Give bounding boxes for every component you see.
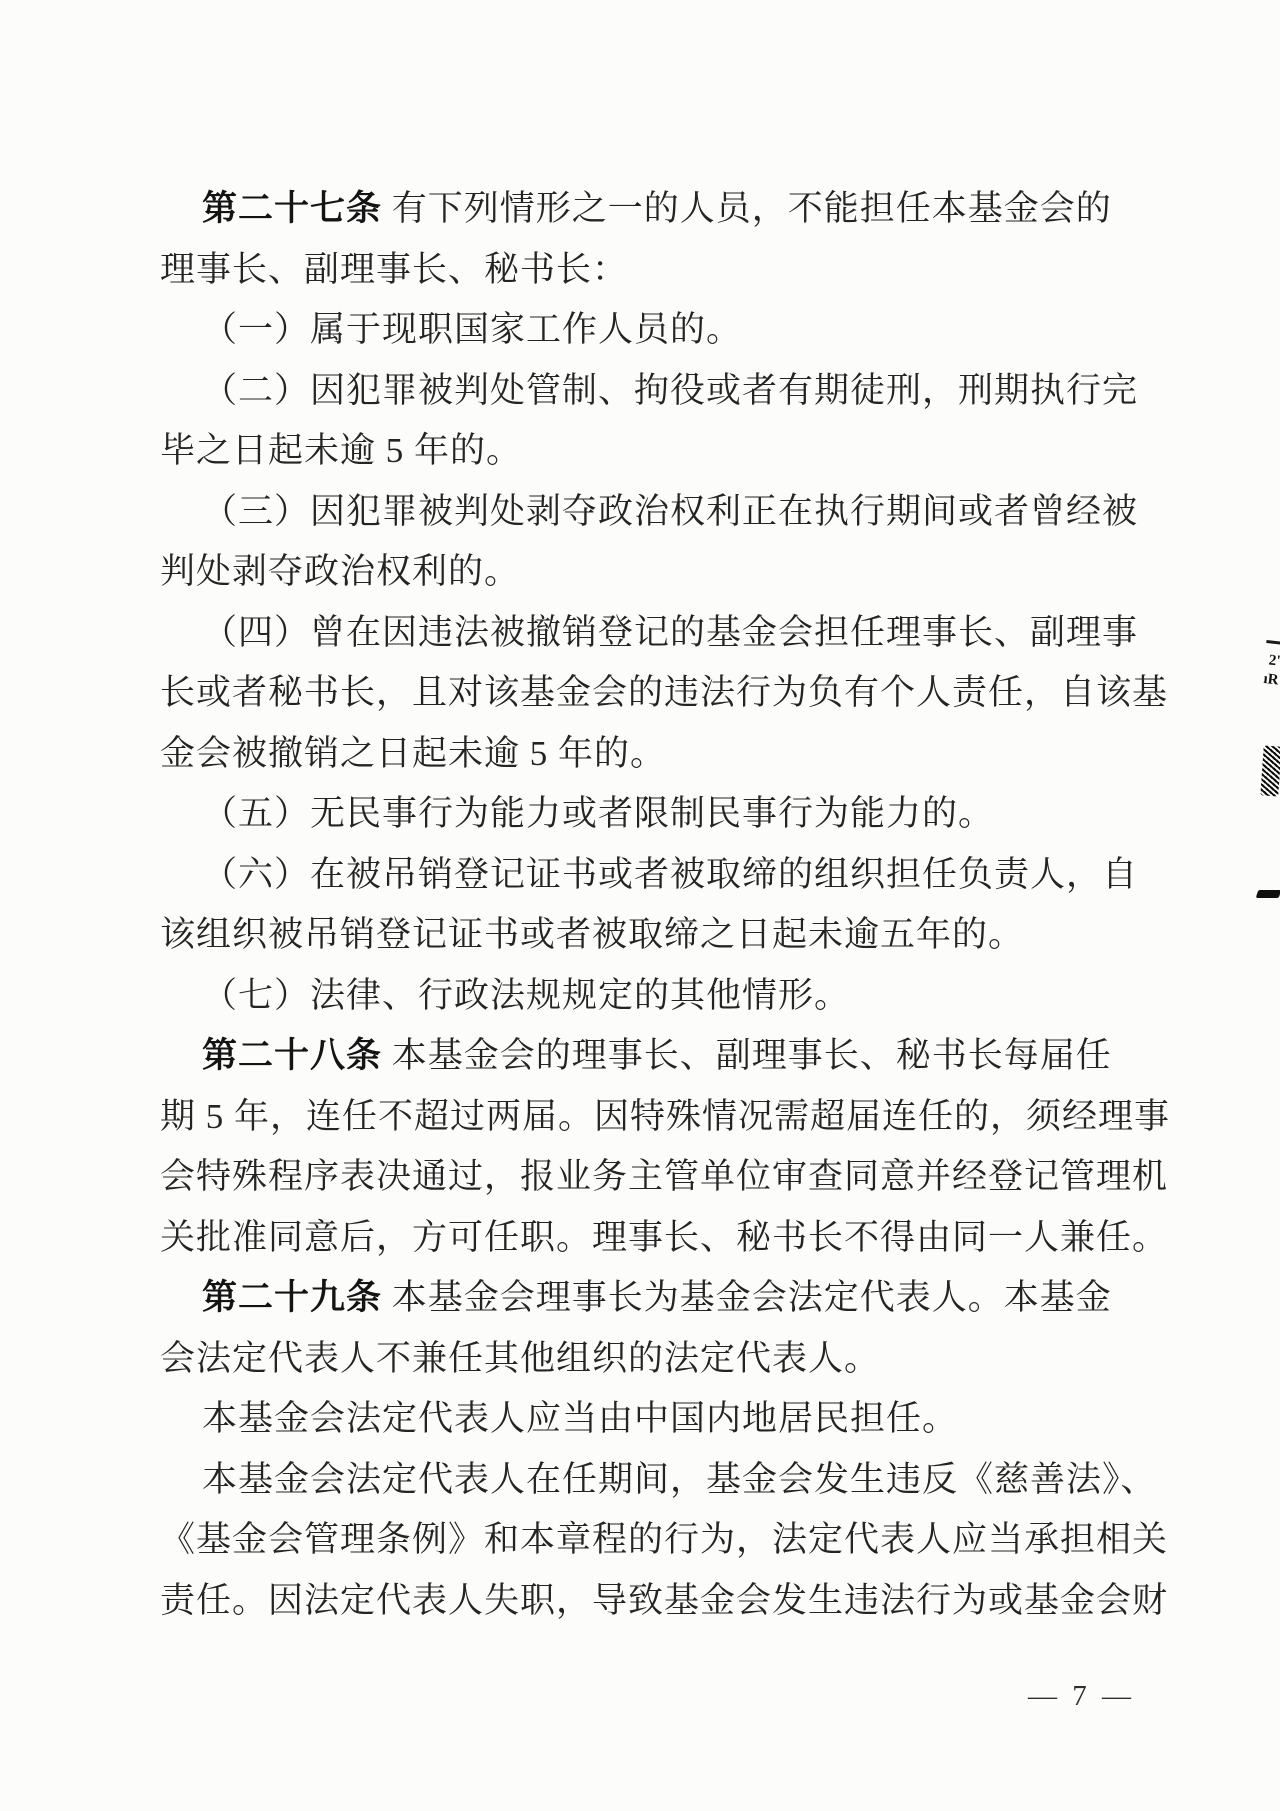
- scan-artifact-stamp-text: ıR: [1263, 671, 1280, 688]
- text-line: 毕之日起未逾 5 年的。: [160, 421, 1118, 482]
- page-number: — 7 —: [1028, 1680, 1158, 1713]
- text-line: 责任。因法定代表人失职，导致基金会发生违法行为或基金会财: [160, 1571, 1118, 1632]
- text-line: 判处剥夺政治权利的。: [160, 542, 1118, 603]
- text-line: 第二十八条 本基金会的理事长、副理事长、秘书长每届任: [160, 1026, 1118, 1087]
- line-text: 金会被撤销之日起未逾 5 年的。: [160, 734, 666, 773]
- line-text: （四）曾在因违法被撤销登记的基金会担任理事长、副理事: [202, 613, 1138, 652]
- line-text: 会法定代表人不兼任其他组织的法定代表人。: [160, 1339, 880, 1378]
- line-text: 本基金会理事长为基金会法定代表人。本基金: [382, 1278, 1112, 1317]
- line-text: （六）在被吊销登记证书或者被取缔的组织担任负责人，自: [202, 855, 1138, 894]
- text-line: （一）属于现职国家工作人员的。: [160, 300, 1118, 361]
- line-text: 关批准同意后，方可任职。理事长、秘书长不得由同一人兼任。: [160, 1218, 1168, 1257]
- line-text: 会特殊程序表决通过，报业务主管单位审查同意并经登记管理机: [160, 1157, 1168, 1196]
- text-line: （五）无民事行为能力或者限制民事行为能力的。: [160, 784, 1118, 845]
- line-text: 本基金会法定代表人应当由中国内地居民担任。: [202, 1399, 958, 1438]
- text-line: 会特殊程序表决通过，报业务主管单位审查同意并经登记管理机: [160, 1147, 1118, 1208]
- text-line: 关批准同意后，方可任职。理事长、秘书长不得由同一人兼任。: [160, 1208, 1118, 1269]
- text-line: 会法定代表人不兼任其他组织的法定代表人。: [160, 1329, 1118, 1390]
- line-text: （五）无民事行为能力或者限制民事行为能力的。: [202, 794, 994, 833]
- text-line: （四）曾在因违法被撤销登记的基金会担任理事长、副理事: [160, 603, 1118, 664]
- line-text: 该组织被吊销登记证书或者被取缔之日起未逾五年的。: [160, 915, 1024, 954]
- line-text: 本基金会法定代表人在任期间，基金会发生违反《慈善法》、: [202, 1460, 1157, 1499]
- text-line: 第二十九条 本基金会理事长为基金会法定代表人。本基金: [160, 1268, 1118, 1329]
- scan-artifact-stamp-fragment: 2' ıR: [1248, 639, 1280, 691]
- text-line: （七）法律、行政法规规定的其他情形。: [160, 966, 1118, 1027]
- line-text: 判处剥夺政治权利的。: [160, 552, 520, 591]
- text-line: （三）因犯罪被判处剥夺政治权利正在执行期间或者曾经被: [160, 482, 1118, 543]
- line-text: 理事长、副理事长、秘书长：: [160, 250, 628, 289]
- text-line: 第二十七条 有下列情形之一的人员，不能担任本基金会的: [160, 179, 1118, 240]
- line-text: （二）因犯罪被判处管制、拘役或者有期徒刑，刑期执行完: [202, 371, 1138, 410]
- line-text: （七）法律、行政法规规定的其他情形。: [202, 976, 850, 1015]
- text-line: 金会被撤销之日起未逾 5 年的。: [160, 724, 1118, 785]
- scan-artifact-stamp-text: 2': [1268, 652, 1280, 669]
- text-line: 本基金会法定代表人在任期间，基金会发生违反《慈善法》、: [160, 1450, 1118, 1511]
- line-text: （三）因犯罪被判处剥夺政治权利正在执行期间或者曾经被: [202, 492, 1138, 531]
- line-text: 有下列情形之一的人员，不能担任本基金会的: [382, 189, 1112, 228]
- text-line: （六）在被吊销登记证书或者被取缔的组织担任负责人，自: [160, 845, 1118, 906]
- article-number: 第二十八条: [202, 1036, 382, 1075]
- text-line: 该组织被吊销登记证书或者被取缔之日起未逾五年的。: [160, 905, 1118, 966]
- line-text: 本基金会的理事长、副理事长、秘书长每届任: [382, 1036, 1112, 1075]
- text-line: 理事长、副理事长、秘书长：: [160, 240, 1118, 301]
- scanned-document-page: 第二十七条 有下列情形之一的人员，不能担任本基金会的 理事长、副理事长、秘书长：…: [0, 0, 1280, 1811]
- line-text: 《基金会管理条例》和本章程的行为，法定代表人应当承担相关: [160, 1520, 1168, 1559]
- line-text: 责任。因法定代表人失职，导致基金会发生违法行为或基金会财: [160, 1581, 1168, 1620]
- line-text: 期 5 年，连任不超过两届。因特殊情况需超届连任的，须经理事: [160, 1097, 1170, 1136]
- line-text: 长或者秘书长，且对该基金会的违法行为负有个人责任，自该基: [160, 673, 1168, 712]
- text-line: 期 5 年，连任不超过两届。因特殊情况需超届连任的，须经理事: [160, 1087, 1118, 1148]
- document-body: 第二十七条 有下列情形之一的人员，不能担任本基金会的 理事长、副理事长、秘书长：…: [160, 179, 1118, 1631]
- article-number: 第二十七条: [202, 189, 382, 228]
- scan-artifact-smudge: [1260, 745, 1280, 796]
- scan-artifact-tick: [1266, 640, 1280, 648]
- article-number: 第二十九条: [202, 1278, 382, 1317]
- text-line: 长或者秘书长，且对该基金会的违法行为负有个人责任，自该基: [160, 663, 1118, 724]
- line-text: 毕之日起未逾 5 年的。: [160, 431, 522, 470]
- text-line: 本基金会法定代表人应当由中国内地居民担任。: [160, 1389, 1118, 1450]
- scan-artifact-dash: [1256, 890, 1280, 898]
- text-line: （二）因犯罪被判处管制、拘役或者有期徒刑，刑期执行完: [160, 361, 1118, 422]
- text-line: 《基金会管理条例》和本章程的行为，法定代表人应当承担相关: [160, 1510, 1118, 1571]
- line-text: （一）属于现职国家工作人员的。: [202, 310, 742, 349]
